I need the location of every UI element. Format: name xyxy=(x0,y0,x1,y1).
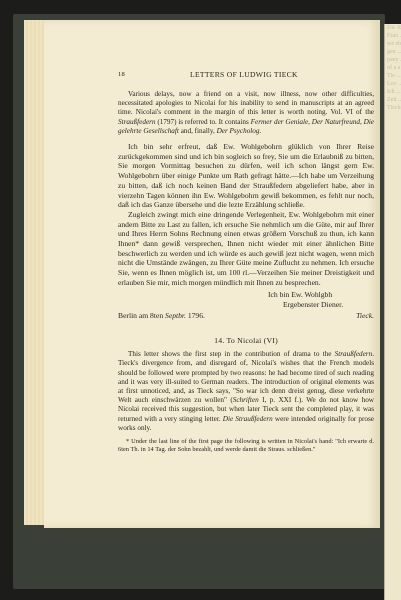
commentary-paragraph: This letter shows the first step in the … xyxy=(118,350,374,433)
letter-body: Ich bin sehr erfreut, daß Ew. Wohlgebohr… xyxy=(118,142,374,288)
closing-line-2: Ergebenster Diener. xyxy=(283,300,343,310)
closing-line-1: Ich bin Ew. Wohlgbh xyxy=(268,290,332,300)
footnote-text: * Under the last line of the first page … xyxy=(118,438,374,454)
facing-page: Die Ro ... Die Frau ... Hand ... we ebe … xyxy=(384,24,401,600)
signature: Tieck. xyxy=(356,311,374,321)
letter-paragraph-1: Ich bin sehr erfreut, daß Ew. Wohlgebohr… xyxy=(118,142,374,210)
page-number: 18 xyxy=(118,70,125,80)
section-heading: 14. To Nicolai (VI) xyxy=(118,336,374,346)
facing-page-ghost-text: Die Ro ... Die Frau ... Hand ... we ebe … xyxy=(387,24,401,112)
footnote: * Under the last line of the first page … xyxy=(118,438,374,454)
letter-paragraph-2: Zugleich zwingt mich eine dringende Verl… xyxy=(118,210,374,288)
intro-paragraph: Various delays, now a friend on a visit,… xyxy=(118,90,374,136)
page-content: 18 LETTERS OF LUDWIG TIECK Various delay… xyxy=(118,70,374,454)
letter-closing: Ich bin Ew. Wohlgbh Ergebenster Diener. … xyxy=(118,290,374,330)
running-head-title: LETTERS OF LUDWIG TIECK xyxy=(190,70,298,80)
letter-date: Berlin am 8ten Septbr. 1796. xyxy=(118,311,205,321)
running-head: 18 LETTERS OF LUDWIG TIECK xyxy=(118,70,374,82)
